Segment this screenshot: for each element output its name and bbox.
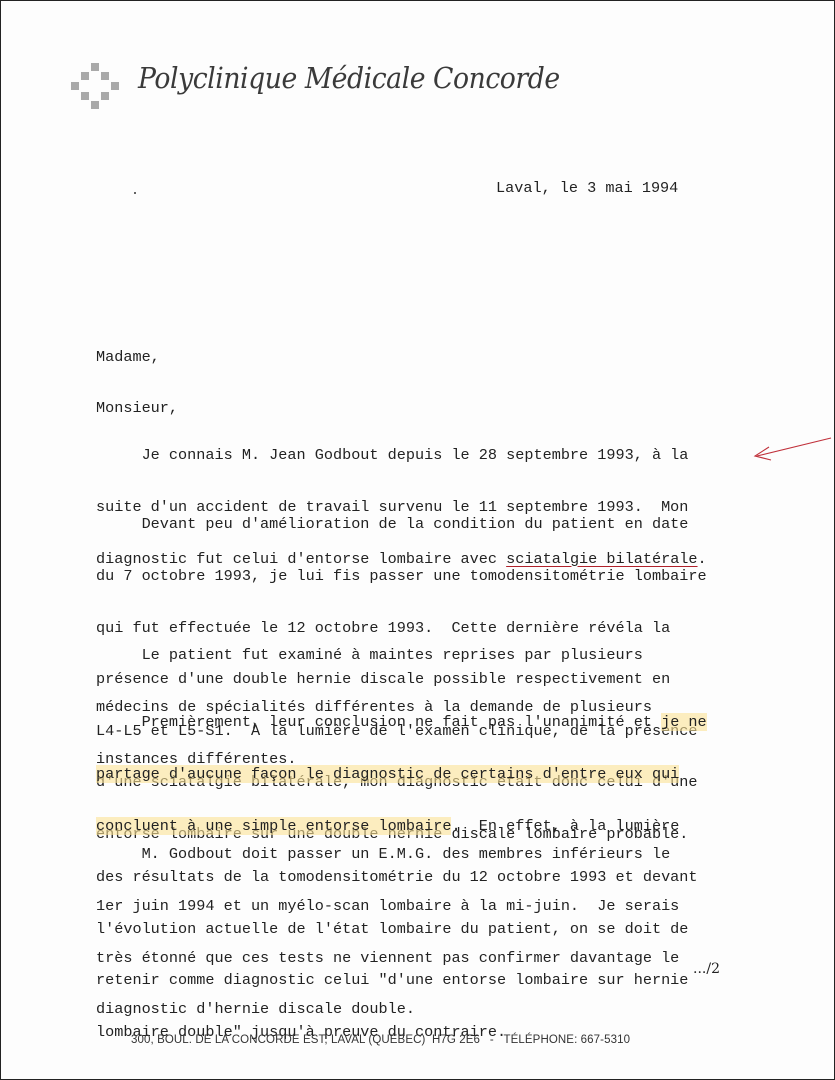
- highlighted-text: je ne: [661, 713, 707, 731]
- text-line: Devant peu d'amélioration de la conditio…: [96, 516, 707, 533]
- text-line: très étonné que ces tests ne viennent pa…: [96, 950, 679, 967]
- text-line: du 7 octobre 1993, je lui fis passer une…: [96, 568, 707, 585]
- paragraph-5: M. Godbout doit passer un E.M.G. des mem…: [96, 812, 679, 1053]
- text-line: diagnostic d'hernie discale double.: [96, 1001, 679, 1018]
- page-continuation: .../2: [693, 961, 720, 977]
- organization-name: Polyclinique Médicale Concorde: [138, 61, 560, 95]
- text-line: Premièrement, leur conclusion ne fait pa…: [96, 714, 707, 731]
- letter-page: Polyclinique Médicale Concorde Laval, le…: [0, 0, 835, 1080]
- salutation-line: Madame,: [96, 349, 178, 366]
- text-segment: Premièrement, leur conclusion ne fait pa…: [96, 713, 661, 731]
- text-line: M. Godbout doit passer un E.M.G. des mem…: [96, 846, 679, 863]
- text-line: 1er juin 1994 et un myélo-scan lombaire …: [96, 898, 679, 915]
- highlighted-text: partage d'aucune façon le diagnostic de …: [96, 765, 679, 783]
- date-line: Laval, le 3 mai 1994: [496, 179, 678, 197]
- text-line: Je connais M. Jean Godbout depuis le 28 …: [96, 447, 707, 464]
- scan-speck: [134, 192, 136, 194]
- text-line: partage d'aucune façon le diagnostic de …: [96, 766, 707, 783]
- logo-icon: [68, 63, 122, 111]
- footer-address: 300, BOUL. DE LA CONCORDE EST, LAVAL (QU…: [131, 1034, 630, 1046]
- text-line: Le patient fut examiné à maintes reprise…: [96, 647, 652, 664]
- hand-drawn-arrow-icon: [751, 434, 833, 464]
